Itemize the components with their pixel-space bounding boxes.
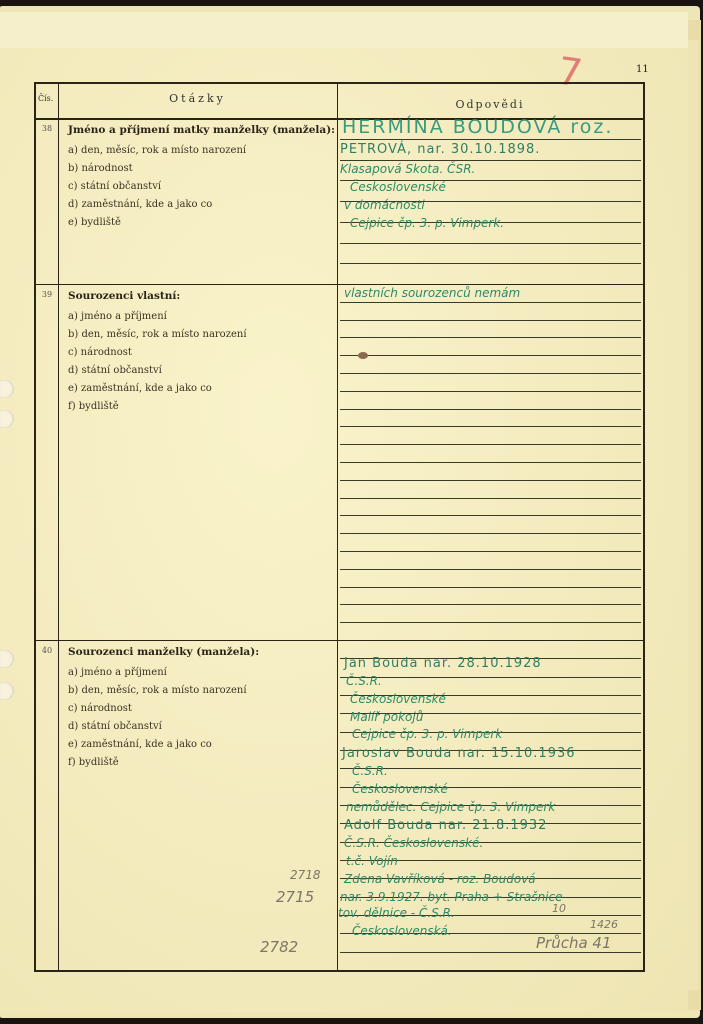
question-item: a) jméno a příjmení bbox=[68, 664, 247, 682]
ruled-line bbox=[340, 587, 641, 588]
question-item: b) národnost bbox=[68, 160, 246, 178]
ink-stain bbox=[358, 352, 368, 359]
ruled-line bbox=[340, 677, 641, 678]
handwritten-answer: HERMÍNA BOUDOVÁ roz. bbox=[342, 116, 613, 138]
ruled-line bbox=[340, 302, 641, 303]
column-divider bbox=[58, 284, 59, 640]
punch-hole bbox=[0, 410, 14, 428]
question-item: b) den, měsíc, rok a místo narození bbox=[68, 682, 247, 700]
pencil-note: 2782 bbox=[260, 938, 298, 956]
handwritten-answer: Československé bbox=[350, 692, 446, 706]
page-number: 11 bbox=[636, 64, 649, 75]
ruled-line bbox=[340, 391, 641, 392]
pencil-note: 10 bbox=[552, 902, 566, 915]
handwritten-answer: Cejpice čp. 3. p. Vimperk bbox=[352, 727, 502, 741]
question-list: a) jméno a příjmení b) den, měsíc, rok a… bbox=[68, 664, 247, 772]
handwritten-answer: Cejpice čp. 3. p. Vimperk. bbox=[350, 216, 504, 230]
ruled-line bbox=[340, 320, 641, 321]
question-item: d) zaměstnání, kde a jako co bbox=[68, 196, 246, 214]
pencil-note: Průcha 41 bbox=[536, 934, 612, 952]
handwritten-answer: tov. dělnice - Č.S.R. bbox=[338, 906, 455, 920]
handwritten-answer: Klasapová Skota. ČSR. bbox=[340, 162, 475, 176]
ruled-line bbox=[340, 139, 641, 140]
ruled-line bbox=[340, 444, 641, 445]
ruled-line bbox=[340, 952, 641, 953]
ruled-line bbox=[340, 426, 641, 427]
punch-hole bbox=[0, 650, 14, 668]
ruled-line bbox=[340, 462, 641, 463]
handwritten-answer: Č.S.R. bbox=[346, 674, 382, 688]
ruled-line bbox=[340, 160, 641, 161]
question-item: c) státní občanství bbox=[68, 178, 246, 196]
header-answers: Odpovědi bbox=[337, 98, 643, 111]
folded-top-band bbox=[0, 12, 688, 48]
header-number: Čís. bbox=[38, 94, 53, 103]
pencil-note: 2718 bbox=[290, 868, 321, 882]
ruled-line bbox=[340, 551, 641, 552]
question-item: c) národnost bbox=[68, 700, 247, 718]
ruled-line bbox=[340, 533, 641, 534]
section-39: 39 Sourozenci vlastní: a) jméno a příjme… bbox=[36, 284, 643, 641]
ruled-line bbox=[340, 243, 641, 244]
question-item: c) národnost bbox=[68, 344, 247, 362]
column-divider bbox=[58, 640, 59, 970]
handwritten-answer: Malíř pokojů bbox=[350, 710, 423, 724]
question-item: f) bydliště bbox=[68, 398, 247, 416]
punch-hole bbox=[0, 682, 14, 700]
ruled-line bbox=[340, 515, 641, 516]
question-item: a) den, měsíc, rok a místo narození bbox=[68, 142, 246, 160]
section-title: Sourozenci manželky (manžela): bbox=[68, 646, 259, 658]
ruled-line bbox=[340, 480, 641, 481]
ruled-line bbox=[340, 263, 641, 264]
handwritten-answer: Československé bbox=[352, 782, 448, 796]
handwritten-answer: vlastních sourozenců nemám bbox=[344, 286, 520, 300]
handwritten-answer: Zdena Vavříková - roz. Boudová bbox=[344, 872, 536, 886]
question-list: a) jméno a příjmení b) den, měsíc, rok a… bbox=[68, 308, 247, 416]
question-item: e) zaměstnání, kde a jako co bbox=[68, 736, 247, 754]
handwritten-answer: nemůdělec. Cejpice čp. 3. Vimperk bbox=[346, 800, 555, 814]
ruled-line bbox=[340, 337, 641, 338]
handwritten-answer: nar. 3.9.1927. byt. Praha + Strašnice bbox=[340, 890, 563, 904]
pencil-note: 1426 bbox=[590, 918, 618, 931]
ruled-line bbox=[340, 604, 641, 605]
handwritten-answer: Jan Bouda nar. 28.10.1928 bbox=[344, 656, 542, 671]
question-item: f) bydliště bbox=[68, 754, 247, 772]
section-title: Jméno a příjmení matky manželky (manžela… bbox=[68, 124, 335, 136]
questionnaire-table: Čís. Otázky Odpovědi 38 Jméno a příjmení… bbox=[34, 82, 645, 972]
punch-hole bbox=[0, 380, 14, 398]
ruled-line bbox=[340, 355, 641, 356]
section-number: 40 bbox=[38, 646, 56, 655]
handwritten-answer: PETROVÁ, nar. 30.10.1898. bbox=[340, 142, 540, 157]
handwritten-answer: t.č. Vojín bbox=[346, 854, 398, 868]
handwritten-answer: Č.S.R. Československé. bbox=[344, 836, 483, 850]
handwritten-answer: Československá. bbox=[352, 924, 452, 938]
handwritten-answer: Č.S.R. bbox=[352, 764, 388, 778]
question-item: e) bydliště bbox=[68, 214, 246, 232]
ruled-line bbox=[340, 622, 641, 623]
section-title: Sourozenci vlastní: bbox=[68, 290, 180, 302]
table-header: Čís. Otázky Odpovědi bbox=[36, 84, 643, 120]
section-number: 39 bbox=[38, 290, 56, 299]
section-number: 38 bbox=[38, 124, 56, 133]
handwritten-answer: Adolf Bouda nar. 21.8.1932 bbox=[344, 818, 547, 833]
question-item: b) den, měsíc, rok a místo narození bbox=[68, 326, 247, 344]
question-list: a) den, měsíc, rok a místo narození b) n… bbox=[68, 142, 246, 232]
question-item: e) zaměstnání, kde a jako co bbox=[68, 380, 247, 398]
pencil-note: 2715 bbox=[276, 888, 314, 906]
handwritten-answer: v domácnosti bbox=[344, 198, 425, 212]
question-item: d) státní občanství bbox=[68, 718, 247, 736]
handwritten-answer: Jaroslav Bouda nar. 15.10.1936 bbox=[342, 746, 576, 761]
ruled-line bbox=[340, 569, 641, 570]
column-divider bbox=[58, 118, 59, 284]
handwritten-answer: Československé bbox=[350, 180, 446, 194]
question-item: d) státní občanství bbox=[68, 362, 247, 380]
question-item: a) jméno a příjmení bbox=[68, 308, 247, 326]
answer-lines bbox=[338, 284, 643, 640]
header-questions: Otázky bbox=[58, 92, 337, 105]
ruled-line bbox=[340, 409, 641, 410]
ruled-line bbox=[340, 373, 641, 374]
ruled-line bbox=[340, 498, 641, 499]
